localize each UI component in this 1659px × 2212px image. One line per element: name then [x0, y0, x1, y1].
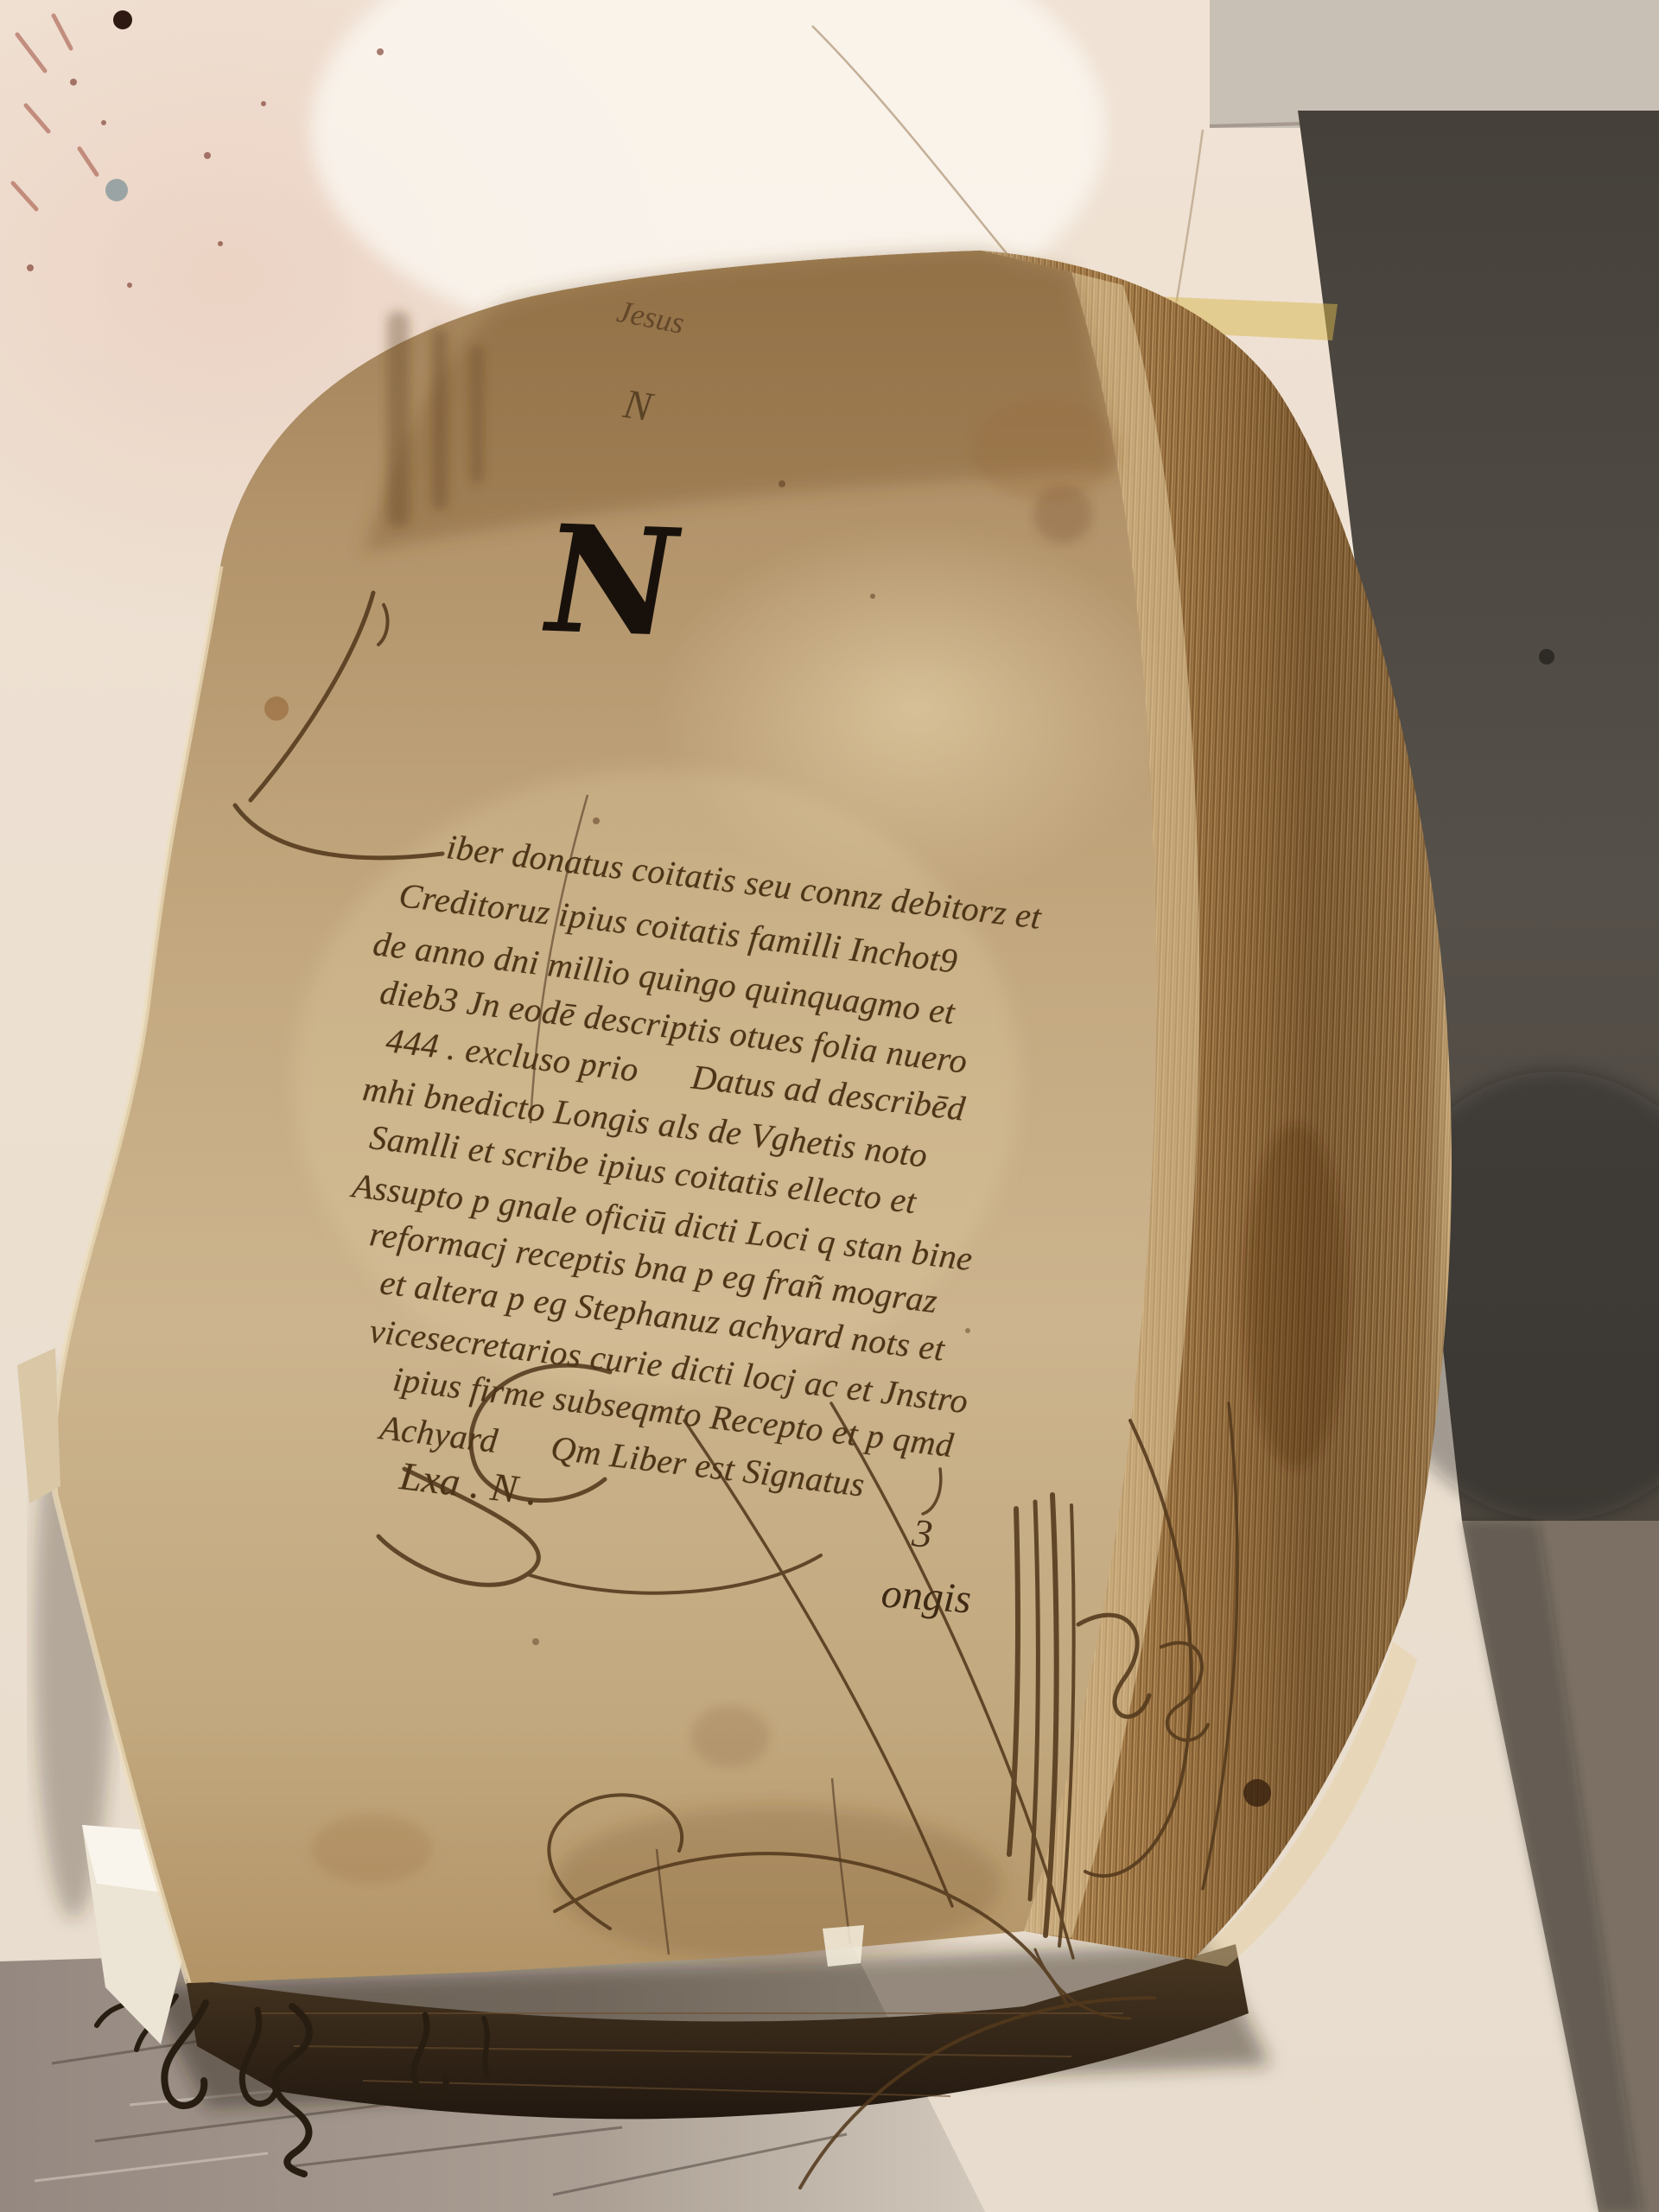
signature-word: ongis [880, 1569, 973, 1623]
top-right-tile [1210, 0, 1659, 128]
page-initial-letter: N [532, 505, 691, 657]
photo-of-manuscript-book: Jesus N N iber donatus coitatis seu conn… [0, 0, 1659, 2212]
manuscript-text-block: iber donatus coitatis seu connz debitorz… [350, 823, 1249, 1500]
